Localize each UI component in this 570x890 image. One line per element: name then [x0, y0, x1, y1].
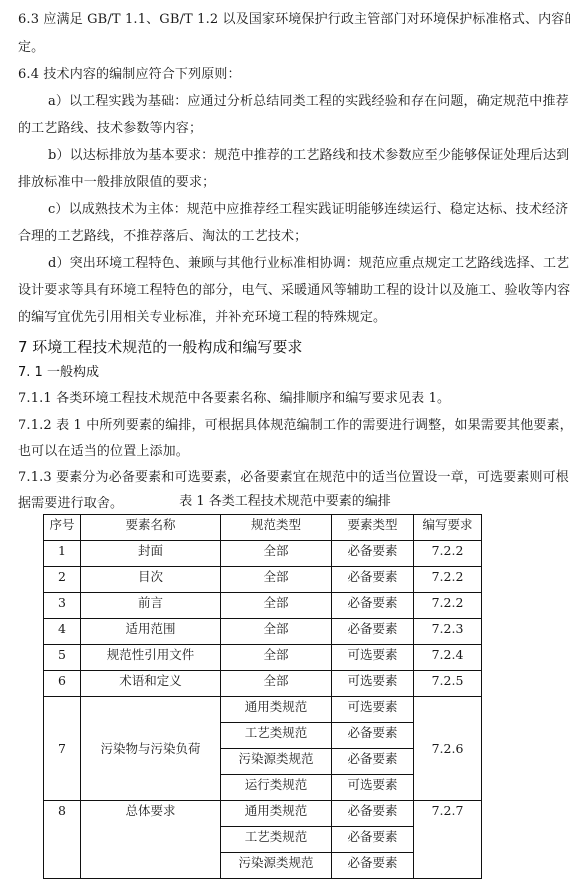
cell-name: 封面 [81, 541, 221, 567]
section-7-heading: 7 环境工程技术规范的一般构成和编写要求 [18, 338, 302, 356]
cell-no: 7 [44, 697, 81, 801]
cell-no: 1 [44, 541, 81, 567]
cell-no: 8 [44, 801, 81, 879]
cell-element-type: 必备要素 [332, 827, 414, 853]
paragraph-6-3-line2: 定。 [18, 40, 44, 56]
cell-name: 污染物与污染负荷 [81, 697, 221, 801]
cell-requirement: 7.2.5 [414, 671, 482, 697]
document-page: 6.3 应满足 GB/T 1.1、GB/T 1.2 以及国家环境保护行政主管部门… [0, 0, 570, 890]
cell-element-type: 必备要素 [332, 749, 414, 775]
cell-element-type: 可选要素 [332, 645, 414, 671]
cell-element-type: 必备要素 [332, 723, 414, 749]
cell-no: 3 [44, 593, 81, 619]
cell-no: 5 [44, 645, 81, 671]
cell-element-type: 可选要素 [332, 671, 414, 697]
cell-name: 目次 [81, 567, 221, 593]
table-header-row: 序号 要素名称 规范类型 要素类型 编写要求 [44, 515, 482, 541]
cell-spec-type: 通用类规范 [221, 801, 332, 827]
cell-spec-type: 全部 [221, 541, 332, 567]
cell-spec-type: 工艺类规范 [221, 723, 332, 749]
principle-a-line1: a）以工程实践为基础：应通过分析总结同类工程的实践经验和存在问题，确定规范中推荐 [48, 94, 569, 110]
cell-spec-type: 全部 [221, 567, 332, 593]
cell-name: 适用范围 [81, 619, 221, 645]
cell-element-type: 可选要素 [332, 697, 414, 723]
cell-element-type: 可选要素 [332, 775, 414, 801]
cell-spec-type: 污染源类规范 [221, 749, 332, 775]
cell-spec-type: 全部 [221, 671, 332, 697]
table-caption: 表 1 各类工程技术规范中要素的编排 [0, 494, 570, 510]
cell-spec-type: 工艺类规范 [221, 827, 332, 853]
cell-requirement: 7.2.2 [414, 541, 482, 567]
table-caption-text: 表 1 各类工程技术规范中要素的编排 [179, 494, 391, 509]
principle-d-line1: d）突出环境工程特色、兼顾与其他行业标准相协调：规范应重点规定工艺路线选择、工艺 [48, 256, 569, 272]
cell-spec-type: 运行类规范 [221, 775, 332, 801]
principle-c-line2: 合理的工艺路线，不推荐落后、淘汰的工艺技术； [18, 229, 307, 245]
elements-table: 序号 要素名称 规范类型 要素类型 编写要求 1 封面 全部 必备要素 7.2.… [43, 514, 482, 879]
principle-d-line3: 的编写宜优先引用相关专业标准，并补充环境工程的特殊规定。 [18, 310, 386, 326]
cell-requirement: 7.2.2 [414, 567, 482, 593]
principle-c-line1: c）以成熟技术为主体：规范中应推荐经工程实践证明能够连续运行、稳定达标、技术经济 [48, 202, 568, 218]
cell-no: 2 [44, 567, 81, 593]
cell-spec-type: 全部 [221, 593, 332, 619]
cell-requirement: 7.2.6 [414, 697, 482, 801]
table-row: 2 目次 全部 必备要素 7.2.2 [44, 567, 482, 593]
table-row-group8: 8 总体要求 通用类规范 必备要素 7.2.7 [44, 801, 482, 827]
cell-element-type: 必备要素 [332, 541, 414, 567]
principle-d-line2: 设计要求等具有环境工程特色的部分，电气、采暖通风等辅助工程的设计以及施工、验收等… [18, 283, 570, 299]
cell-spec-type: 污染源类规范 [221, 853, 332, 879]
paragraph-7-1-1: 7.1.1 各类环境工程技术规范中各要素名称、编排顺序和编写要求见表 1。 [18, 391, 450, 407]
cell-element-type: 必备要素 [332, 593, 414, 619]
header-element-type: 要素类型 [332, 515, 414, 541]
table-row: 3 前言 全部 必备要素 7.2.2 [44, 593, 482, 619]
cell-requirement: 7.2.2 [414, 593, 482, 619]
table-row: 5 规范性引用文件 全部 可选要素 7.2.4 [44, 645, 482, 671]
section-7-1-heading: 7. 1 一般构成 [18, 365, 99, 381]
paragraph-6-3-line1: 6.3 应满足 GB/T 1.1、GB/T 1.2 以及国家环境保护行政主管部门… [18, 12, 570, 28]
cell-no: 6 [44, 671, 81, 697]
principle-a-line2: 的工艺路线、技术参数等内容； [18, 121, 202, 137]
cell-element-type: 必备要素 [332, 567, 414, 593]
principle-b-line2: 排放标准中一般排放限值的要求； [18, 175, 215, 191]
table-row: 6 术语和定义 全部 可选要素 7.2.5 [44, 671, 482, 697]
cell-element-type: 必备要素 [332, 619, 414, 645]
header-no: 序号 [44, 515, 81, 541]
header-requirement: 编写要求 [414, 515, 482, 541]
cell-name: 规范性引用文件 [81, 645, 221, 671]
cell-element-type: 必备要素 [332, 853, 414, 879]
cell-name: 前言 [81, 593, 221, 619]
table-row: 4 适用范围 全部 必备要素 7.2.3 [44, 619, 482, 645]
cell-no: 4 [44, 619, 81, 645]
principle-b-line1: b）以达标排放为基本要求：规范中推荐的工艺路线和技术参数应至少能够保证处理后达到 [48, 148, 569, 164]
paragraph-7-1-2-line1: 7.1.2 表 1 中所列要素的编排，可根据具体规范编制工作的需要进行调整，如果… [18, 418, 570, 434]
paragraph-7-1-3-line1: 7.1.3 要素分为必备要素和可选要素，必备要素宜在规范中的适当位置设一章，可选… [18, 470, 569, 486]
cell-requirement: 7.2.7 [414, 801, 482, 879]
cell-name: 术语和定义 [81, 671, 221, 697]
cell-element-type: 必备要素 [332, 801, 414, 827]
cell-name: 总体要求 [81, 801, 221, 879]
cell-spec-type: 全部 [221, 645, 332, 671]
table-row: 1 封面 全部 必备要素 7.2.2 [44, 541, 482, 567]
cell-requirement: 7.2.3 [414, 619, 482, 645]
table-row-group7: 7 污染物与污染负荷 通用类规范 可选要素 7.2.6 [44, 697, 482, 723]
cell-spec-type: 通用类规范 [221, 697, 332, 723]
header-spec-type: 规范类型 [221, 515, 332, 541]
paragraph-7-1-2-line2: 也可以在适当的位置上添加。 [18, 444, 189, 460]
cell-spec-type: 全部 [221, 619, 332, 645]
cell-requirement: 7.2.4 [414, 645, 482, 671]
header-element-name: 要素名称 [81, 515, 221, 541]
paragraph-6-4: 6.4 技术内容的编制应符合下列原则： [18, 67, 241, 83]
